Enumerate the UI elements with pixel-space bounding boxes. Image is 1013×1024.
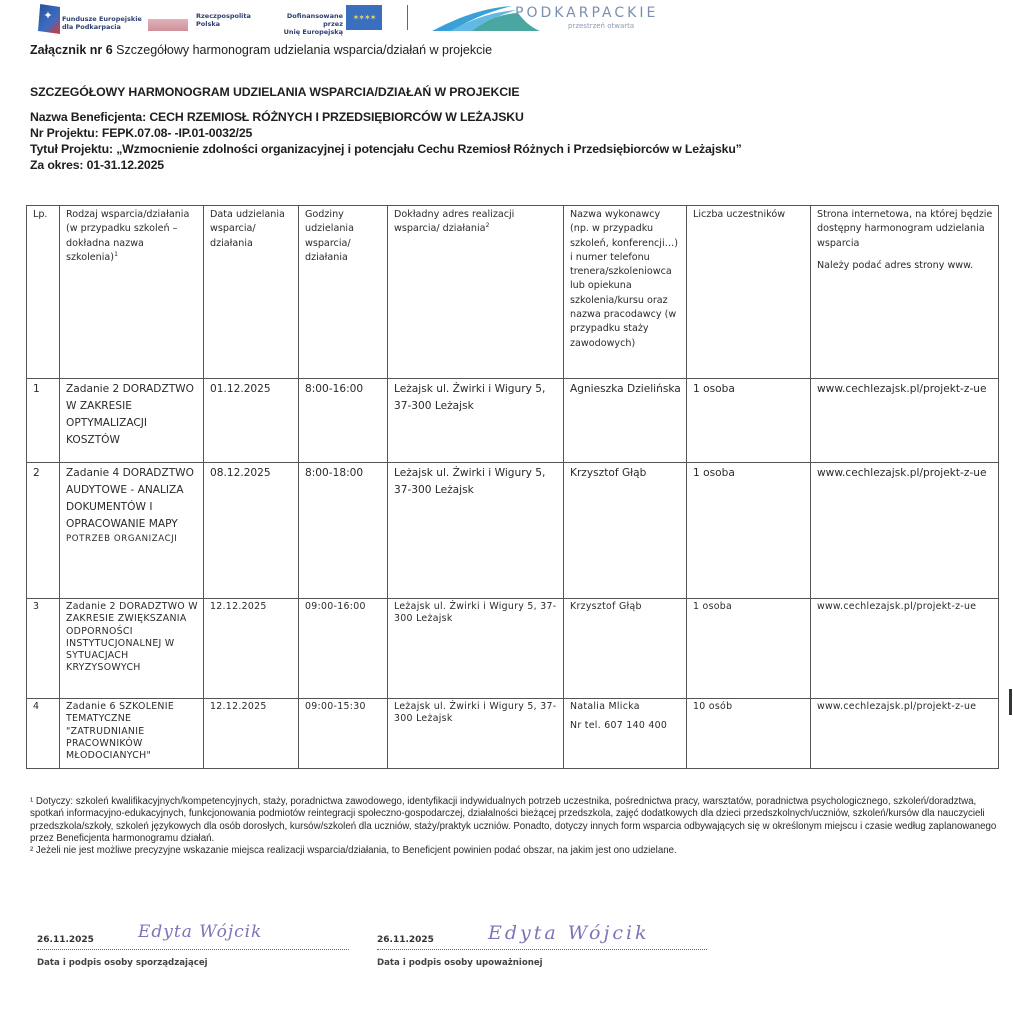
poland-flag-icon — [148, 19, 188, 31]
cell-type: Zadanie 2 DORADZTWO W ZAKRESIE OPTYMALIZ… — [60, 379, 204, 463]
cell-type: Zadanie 6 SZKOLENIE TEMATYCZNE "ZATRUDNI… — [60, 699, 204, 769]
header-address: Dokładny adres realizacji wsparcia/ dzia… — [388, 206, 564, 379]
podkarpackie-subtitle: przestrzeń otwarta — [568, 22, 634, 30]
fundusze-line1: Fundusze Europejskie — [62, 15, 142, 23]
cell-type-extra: POTRZEB ORGANIZACJI — [66, 533, 198, 545]
signature-preparer: Edyta Wójcik — [138, 922, 262, 942]
eu-logo-text: Dofinansowane przez Unię Europejską — [268, 12, 343, 36]
cell-date: 08.12.2025 — [204, 463, 299, 599]
eu-line2: Unię Europejską — [268, 28, 343, 36]
annex-label: Załącznik nr 6 — [30, 43, 113, 57]
cell-website: www.cechlezajsk.pl/projekt-z-ue — [811, 379, 999, 463]
cell-type-text: Zadanie 2 DORADZTWO W ZAKRESIE OPTYMALIZ… — [66, 383, 194, 446]
table-row: 2 Zadanie 4 DORADZTWO AUDYTOWE - ANALIZA… — [27, 463, 999, 599]
signature-line-preparer — [37, 949, 349, 950]
eu-flag-icon: ✶✶✶✶ — [346, 5, 382, 30]
cell-address: Leżajsk ul. Żwirki i Wigury 5, 37-300 Le… — [388, 699, 564, 769]
star-icon: ✦ — [42, 10, 54, 22]
fundusze-line2: dla Podkarpacia — [62, 23, 142, 31]
header-type-text: Rodzaj wsparcia/działania (w przypadku s… — [66, 209, 189, 263]
podkarpackie-title: PODKARPACKIE — [515, 5, 658, 21]
cell-type: Zadanie 4 DORADZTWO AUDYTOWE - ANALIZA D… — [60, 463, 204, 599]
cell-address: Leżajsk ul. Żwirki i Wigury 5, 37-300 Le… — [388, 599, 564, 699]
cell-website: www.cechlezajsk.pl/projekt-z-ue — [811, 599, 999, 699]
cell-participants: 1 osoba — [687, 463, 811, 599]
cell-type-text: Zadanie 4 DORADZTWO AUDYTOWE - ANALIZA D… — [66, 467, 194, 530]
cell-date: 12.12.2025 — [204, 599, 299, 699]
signature-label-authorized: Data i podpis osoby upoważnionej — [377, 958, 543, 968]
header-website-text: Strona internetowa, na której będzie dos… — [817, 209, 992, 249]
footnote-ref-1: 1 — [114, 251, 118, 258]
cell-participants: 1 osoba — [687, 599, 811, 699]
cell-type-text: Zadanie 2 DORADZTWO W ZAKRESIE ZWIĘKSZAN… — [66, 601, 198, 673]
table-row: 3 Zadanie 2 DORADZTWO W ZAKRESIE ZWIĘKSZ… — [27, 599, 999, 699]
header-website-note: Należy podać adres strony www. — [817, 260, 973, 271]
signature-line-authorized — [377, 949, 707, 950]
cell-type: Zadanie 2 DORADZTWO W ZAKRESIE ZWIĘKSZAN… — [60, 599, 204, 699]
cell-hours: 8:00-16:00 — [299, 379, 388, 463]
table-row: 4 Zadanie 6 SZKOLENIE TEMATYCZNE "ZATRUD… — [27, 699, 999, 769]
header-lp: Lp. — [27, 206, 60, 379]
rp-logo-text: Rzeczpospolita Polska — [196, 12, 251, 28]
cell-address: Leżajsk ul. Żwirki i Wigury 5, 37-300 Le… — [388, 463, 564, 599]
cell-hours: 09:00-15:30 — [299, 699, 388, 769]
cell-date: 01.12.2025 — [204, 379, 299, 463]
table-row: 1 Zadanie 2 DORADZTWO W ZAKRESIE OPTYMAL… — [27, 379, 999, 463]
header-date: Data udzielania wsparcia/ działania — [204, 206, 299, 379]
cell-lp: 1 — [27, 379, 60, 463]
table-header-row: Lp. Rodzaj wsparcia/działania (w przypad… — [27, 206, 999, 379]
project-number: Nr Projektu: FEPK.07.08- -IP.01-0032/25 — [30, 126, 252, 140]
annex-title: Szczegółowy harmonogram udzielania wspar… — [116, 43, 492, 57]
document-title: SZCZEGÓŁOWY HARMONOGRAM UDZIELANIA WSPAR… — [30, 85, 519, 99]
cell-website: www.cechlezajsk.pl/projekt-z-ue — [811, 699, 999, 769]
footnote-ref-2: 2 — [486, 222, 490, 229]
cell-lp: 4 — [27, 699, 60, 769]
cell-hours: 09:00-16:00 — [299, 599, 388, 699]
cell-participants: 1 osoba — [687, 379, 811, 463]
signature-date-authorized: 26.11.2025 — [377, 935, 434, 945]
rp-line1: Rzeczpospolita — [196, 12, 251, 20]
annex-heading: Załącznik nr 6 Szczegółowy harmonogram u… — [30, 43, 492, 57]
beneficiary-name: Nazwa Beneficjenta: CECH RZEMIOSŁ RÓŻNYC… — [30, 110, 524, 124]
header-type: Rodzaj wsparcia/działania (w przypadku s… — [60, 206, 204, 379]
header-participants: Liczba uczestników — [687, 206, 811, 379]
cell-address: Leżajsk ul. Żwirki i Wigury 5, 37-300 Le… — [388, 379, 564, 463]
header-address-text: Dokładny adres realizacji wsparcia/ dzia… — [394, 209, 514, 234]
reporting-period: Za okres: 01-31.12.2025 — [30, 158, 164, 172]
cell-contractor: Krzysztof Głąb — [564, 599, 687, 699]
signature-label-preparer: Data i podpis osoby sporządzającej — [37, 958, 208, 968]
scan-edge-mark — [1009, 689, 1012, 715]
cell-lp: 3 — [27, 599, 60, 699]
cell-contractor: Krzysztof Głąb — [564, 463, 687, 599]
cell-participants: 10 osób — [687, 699, 811, 769]
footnote-2: ² Jeżeli nie jest możliwe precyzyjne wsk… — [30, 845, 998, 857]
header-website: Strona internetowa, na której będzie dos… — [811, 206, 999, 379]
cell-hours: 8:00-18:00 — [299, 463, 388, 599]
cell-website: www.cechlezajsk.pl/projekt-z-ue — [811, 463, 999, 599]
cell-date: 12.12.2025 — [204, 699, 299, 769]
cell-lp: 2 — [27, 463, 60, 599]
fundusze-logo-text: Fundusze Europejskie dla Podkarpacia — [62, 15, 142, 31]
logo-divider — [407, 5, 408, 30]
cell-contractor: Agnieszka Dzielińska — [564, 379, 687, 463]
cell-contractor: Natalia Mlicka Nr tel. 607 140 400 — [564, 699, 687, 769]
signature-date-preparer: 26.11.2025 — [37, 935, 94, 945]
eu-line1: Dofinansowane przez — [268, 12, 343, 28]
cell-contractor-phone: Nr tel. 607 140 400 — [570, 720, 681, 732]
footnotes: ¹ Dotyczy: szkoleń kwalifikacyjnych/komp… — [30, 796, 998, 857]
rp-line2: Polska — [196, 20, 251, 28]
project-title: Tytuł Projektu: „Wzmocnienie zdolności o… — [30, 142, 742, 156]
cell-contractor-name: Natalia Mlicka — [570, 701, 681, 713]
cell-type-text: Zadanie 6 SZKOLENIE TEMATYCZNE "ZATRUDNI… — [66, 701, 174, 761]
footnote-1: ¹ Dotyczy: szkoleń kwalifikacyjnych/komp… — [30, 796, 998, 845]
schedule-table: Lp. Rodzaj wsparcia/działania (w przypad… — [26, 205, 999, 769]
header-contractor: Nazwa wykonawcy (np. w przypadku szkoleń… — [564, 206, 687, 379]
signature-authorized: Edyta Wójcik — [488, 922, 650, 944]
header-hours: Godziny udzielania wsparcia/ działania — [299, 206, 388, 379]
